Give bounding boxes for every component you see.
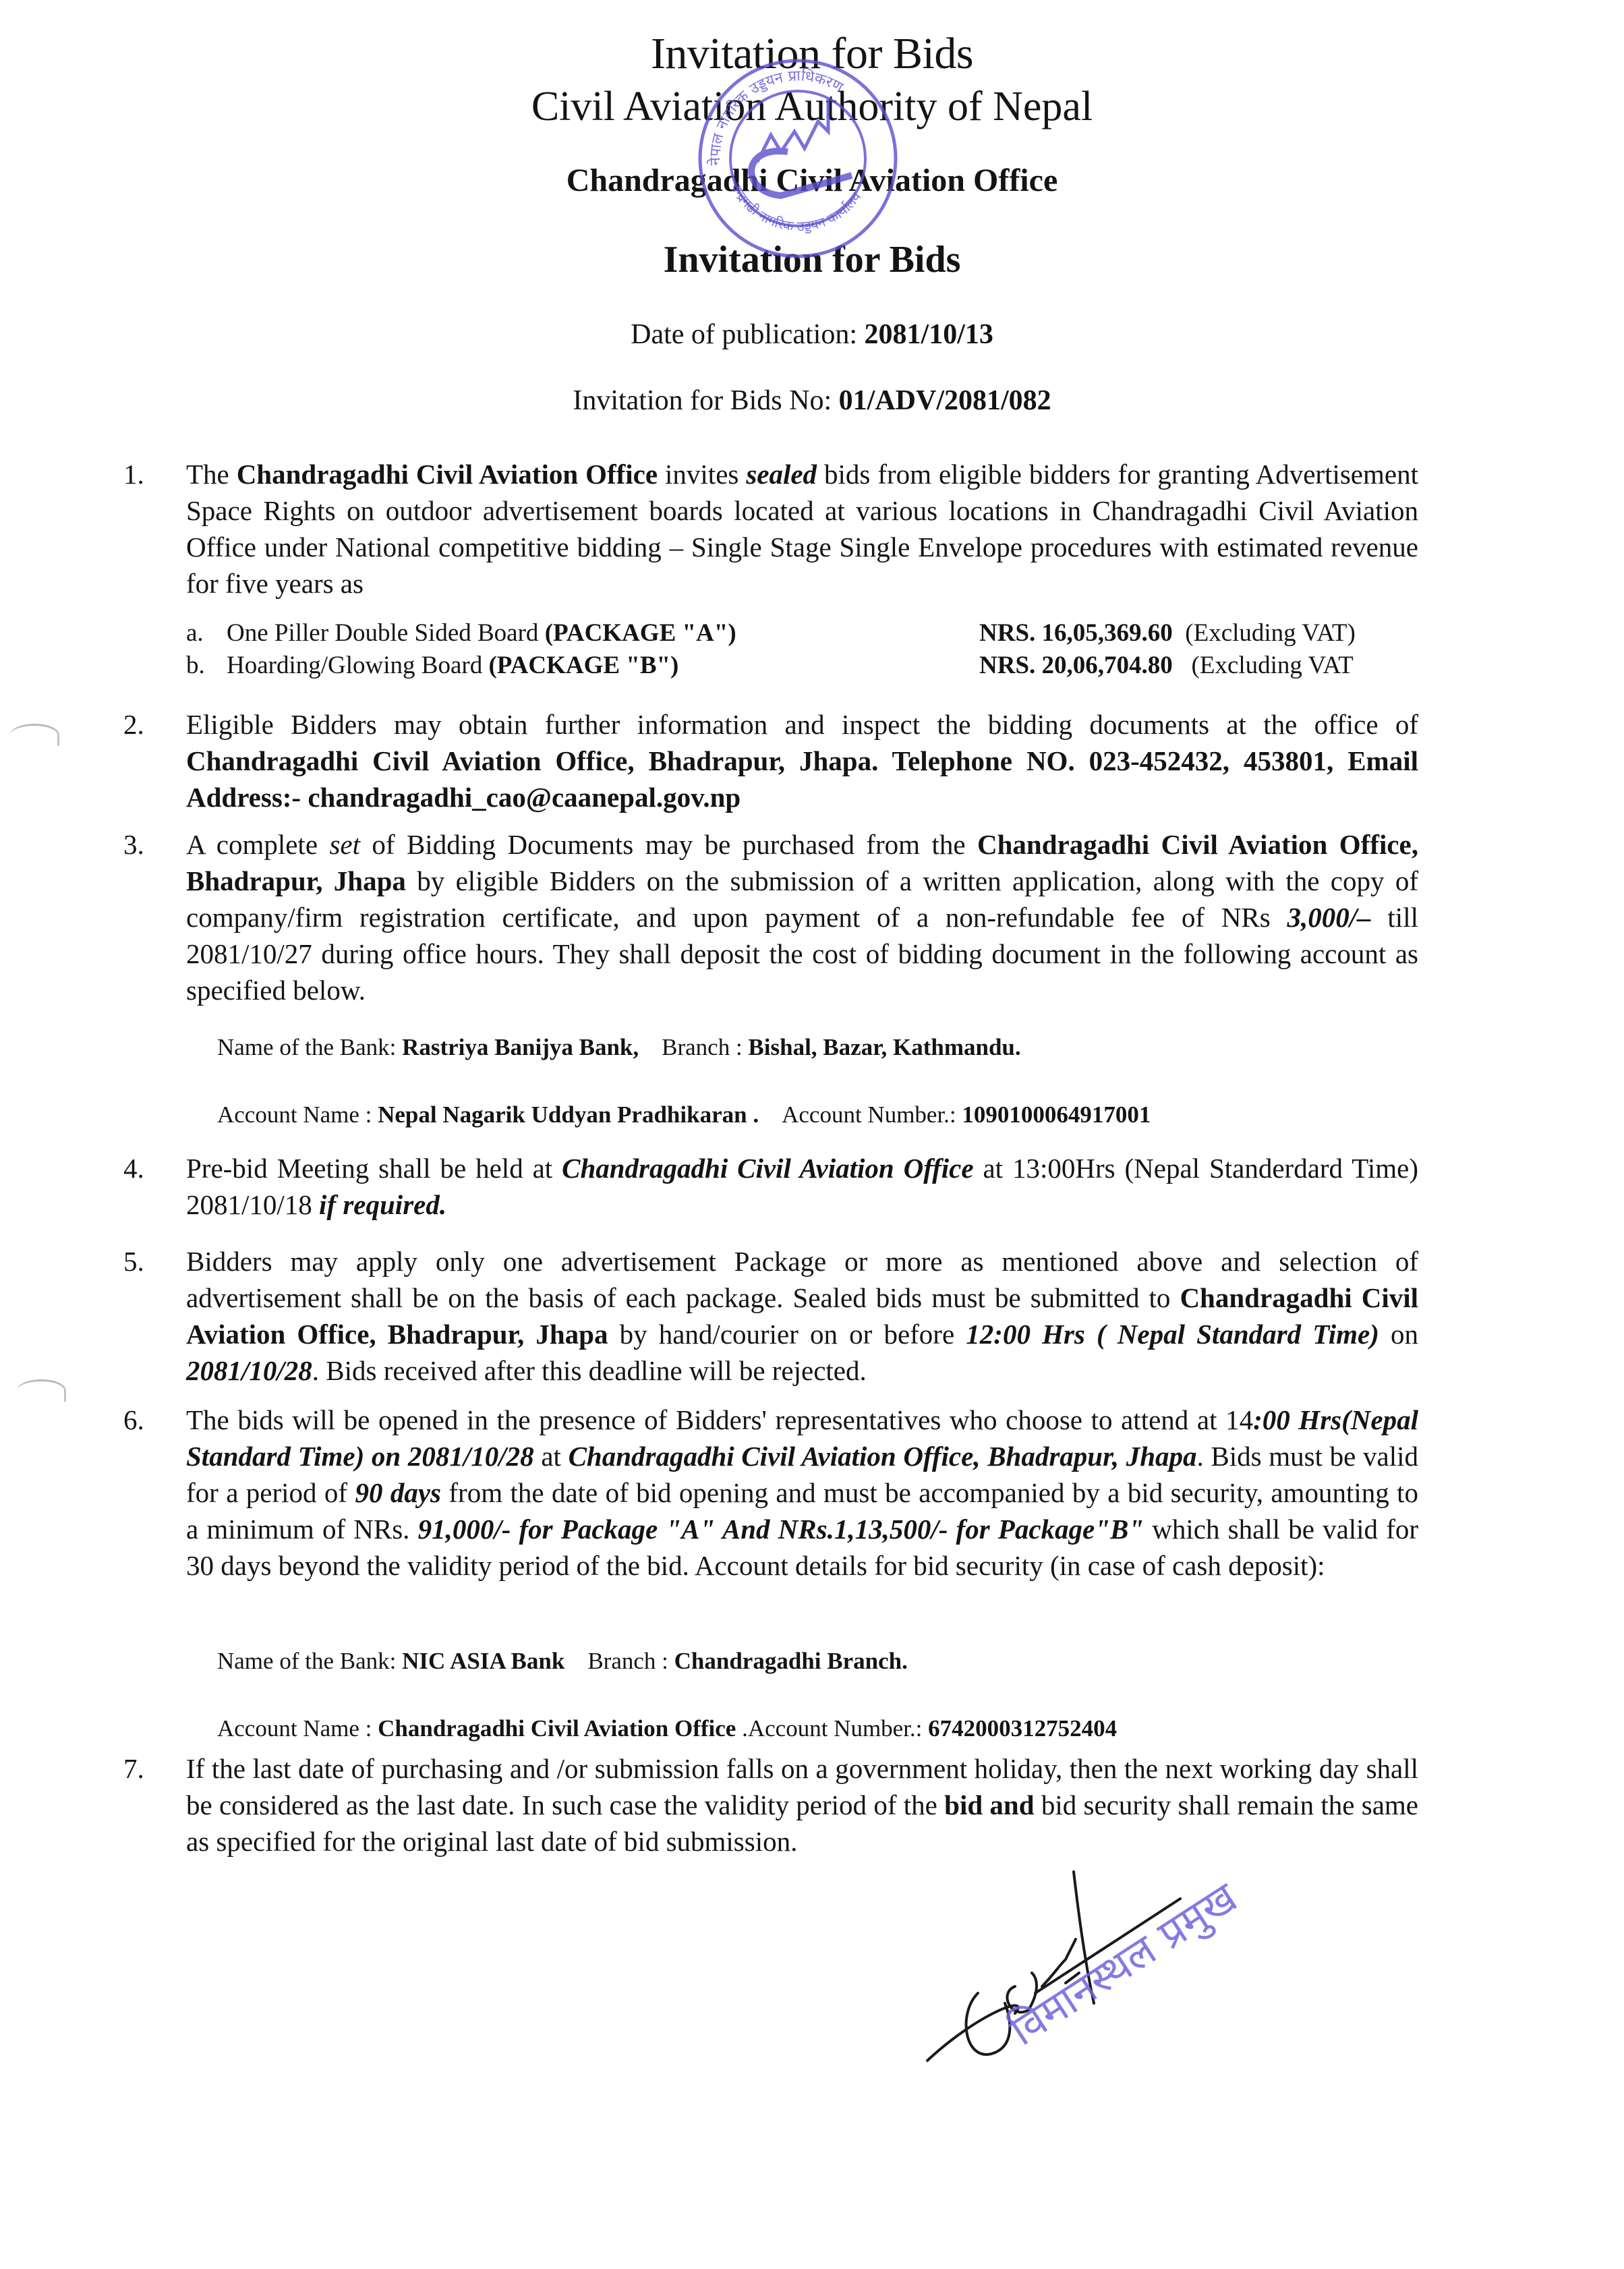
clause-number: 6. <box>123 1402 164 1438</box>
ifb-number: Invitation for Bids No: 01/ADV/2081/082 <box>0 383 1624 418</box>
package-row: b.Hoarding/Glowing Board (PACKAGE "B") N… <box>186 650 1420 682</box>
clause-text: The bids will be opened in the presence … <box>186 1402 1418 1584</box>
clause-7: 7. If the last date of purchasing and /o… <box>123 1750 1418 1860</box>
package-letter: a. <box>186 617 227 650</box>
package-vat-note: (Excluding VAT) <box>1185 619 1355 647</box>
punch-hole-mark <box>10 724 59 746</box>
account-name: Nepal Nagarik Uddyan Pradhikaran . <box>378 1101 759 1128</box>
clause-text: Bidders may apply only one advertisement… <box>186 1243 1418 1389</box>
package-name: Hoarding/Glowing Board <box>227 652 482 679</box>
package-letter: b. <box>186 650 227 682</box>
clause-text: A complete set of Bidding Documents may … <box>186 826 1418 1008</box>
clause-text: If the last date of purchasing and /or s… <box>186 1750 1418 1860</box>
branch-name: Chandragadhi Branch. <box>674 1648 908 1674</box>
clause-text: Eligible Bidders may obtain further info… <box>186 706 1418 815</box>
document-fee-bank: Name of the Bank: Rastriya Banijya Bank,… <box>217 1032 1021 1063</box>
clause-text: The Chandragadhi Civil Aviation Office i… <box>186 456 1418 602</box>
bank-name: NIC ASIA Bank <box>402 1648 564 1674</box>
branch-name: Bishal, Bazar, Kathmandu. <box>748 1034 1020 1060</box>
package-amount: NRS. 16,05,369.60 <box>979 619 1173 647</box>
package-vat-note: (Excluding VAT <box>1192 652 1354 679</box>
clause-number: 4. <box>123 1150 164 1186</box>
bid-security-bank: Name of the Bank: NIC ASIA BankBranch : … <box>217 1646 908 1677</box>
clause-number: 2. <box>123 706 164 743</box>
clause-5: 5. Bidders may apply only one advertisem… <box>123 1243 1418 1389</box>
clause-4: 4. Pre-bid Meeting shall be held at Chan… <box>123 1150 1418 1223</box>
ifb-number-value: 01/ADV/2081/082 <box>839 385 1051 416</box>
notice-heading: Invitation for Bids <box>0 27 1624 81</box>
clause-number: 1. <box>123 456 164 492</box>
bank-name: Rastriya Banijya Bank, <box>402 1034 639 1060</box>
clause-number: 7. <box>123 1750 164 1787</box>
clause-text: Pre-bid Meeting shall be held at Chandra… <box>186 1150 1418 1223</box>
package-code: (PACKAGE "B") <box>488 652 678 679</box>
clause-number: 5. <box>123 1243 164 1280</box>
clause-3: 3. A complete set of Bidding Documents m… <box>123 826 1418 1008</box>
clause-number: 3. <box>123 826 164 863</box>
package-name: One Piller Double Sided Board <box>227 619 538 647</box>
contact-details: Chandragadhi Civil Aviation Office, Bhad… <box>186 745 1418 813</box>
clause-6: 6. The bids will be opened in the presen… <box>123 1402 1418 1584</box>
authority-name: Civil Aviation Authority of Nepal <box>0 81 1624 132</box>
account-name: Chandragadhi Civil Aviation Office <box>378 1715 736 1742</box>
bid-security-account: Account Name : Chandragadhi Civil Aviati… <box>217 1713 1117 1744</box>
tender-notice-page: Invitation for Bids Civil Aviation Autho… <box>0 0 1624 2269</box>
clause-1: 1. The Chandragadhi Civil Aviation Offic… <box>123 456 1418 602</box>
account-number: 1090100064917001 <box>962 1101 1151 1128</box>
package-code: (PACKAGE "A") <box>545 619 736 647</box>
designation-stamp: विमानस्थल प्रमुख <box>998 1868 1247 2057</box>
publication-date-label: Date of publication: <box>631 319 857 350</box>
office-name: Chandragadhi Civil Aviation Office <box>0 161 1624 201</box>
clause-2: 2. Eligible Bidders may obtain further i… <box>123 706 1418 815</box>
package-row: a.One Piller Double Sided Board (PACKAGE… <box>186 617 1420 650</box>
publication-date-value: 2081/10/13 <box>865 319 993 350</box>
punch-hole-mark <box>17 1379 66 1402</box>
package-amount: NRS. 20,06,704.80 <box>979 652 1173 679</box>
ifb-number-label: Invitation for Bids No: <box>573 385 832 416</box>
publication-date: Date of publication: 2081/10/13 <box>0 317 1624 352</box>
document-fee-account: Account Name : Nepal Nagarik Uddyan Prad… <box>217 1099 1151 1130</box>
notice-subheading: Invitation for Bids <box>0 236 1624 283</box>
account-number: 6742000312752404 <box>928 1715 1117 1742</box>
